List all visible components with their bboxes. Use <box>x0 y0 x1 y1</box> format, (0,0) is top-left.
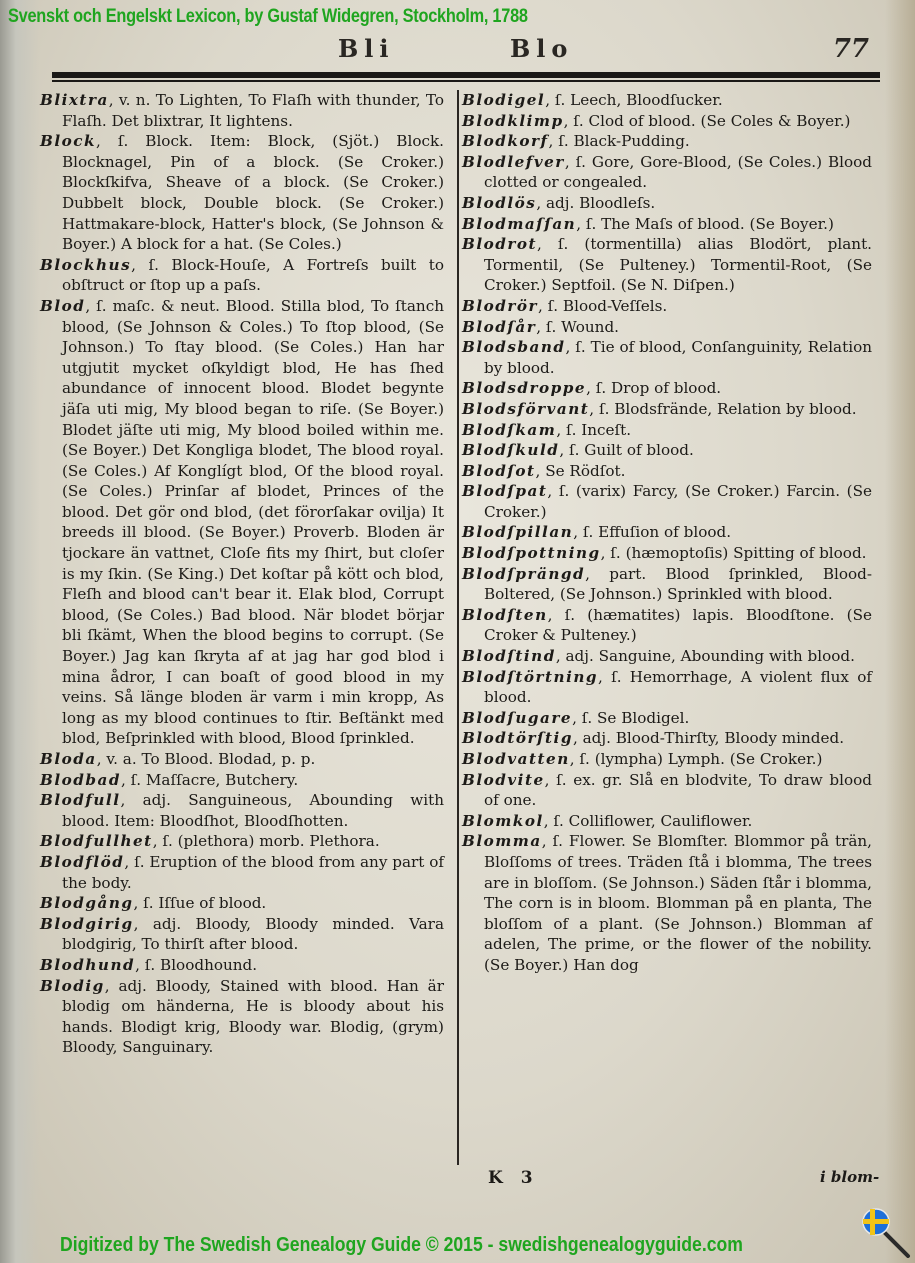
dictionary-entry: Blodſkam, ſ. Inceſt. <box>462 420 872 441</box>
headword: Blodſkam <box>462 421 556 439</box>
definition: , ſ. Se Blodigel. <box>572 709 689 727</box>
definition: , ſ. Wound. <box>536 318 619 336</box>
headword: Blomma <box>462 832 542 850</box>
definition: , ſ. The Maſs of blood. (Se Boyer.) <box>576 215 834 233</box>
dictionary-entry: Blodig, adj. Bloody, Stained with blood.… <box>40 976 444 1058</box>
headword: Block <box>40 132 96 150</box>
headword: Blodvite <box>462 771 545 789</box>
headword: Blixtra <box>40 91 109 109</box>
dictionary-entry: Blodhund, ſ. Bloodhound. <box>40 955 444 976</box>
dictionary-entry: Blodſår, ſ. Wound. <box>462 317 872 338</box>
dictionary-entry: Blodmaſſan, ſ. The Maſs of blood. (Se Bo… <box>462 214 872 235</box>
dictionary-entry: Blodrot, ſ. (tormentilla) alias Blodört,… <box>462 234 872 296</box>
dictionary-entry: Blodlös, adj. Bloodleſs. <box>462 193 872 214</box>
headword: Blodſugare <box>462 709 572 727</box>
dictionary-entry: Blodvatten, ſ. (lympha) Lymph. (Se Croke… <box>462 749 872 770</box>
headword: Blodklimp <box>462 112 564 130</box>
definition: , ſ. Bloodhound. <box>135 956 257 974</box>
headword: Blodſtörtning <box>462 668 598 686</box>
headword: Blockhus <box>40 256 131 274</box>
definition: , ſ. Leech, Bloodſucker. <box>545 91 722 109</box>
dictionary-entry: Blodſugare, ſ. Se Blodigel. <box>462 708 872 729</box>
definition: , ſ. Drop of blood. <box>586 379 721 397</box>
headword: Blodſprängd <box>462 565 585 583</box>
headword: Blodſtind <box>462 647 556 665</box>
dictionary-entry: Blomkol, ſ. Colliflower, Cauliflower. <box>462 811 872 832</box>
running-head-right: Blo <box>510 34 573 63</box>
definition: , adj. Sanguineous, Abounding with blood… <box>62 791 444 830</box>
page-edge-shadow <box>885 0 915 1263</box>
running-head-left: Bli <box>338 34 395 63</box>
dictionary-entry: Blodsband, ſ. Tie of blood, Conſanguinit… <box>462 337 872 378</box>
headword: Blodſot <box>462 462 536 480</box>
headword: Blodhund <box>40 956 135 974</box>
definition: , ſ. Block. Item: Block, (Sjöt.) Block. … <box>62 132 444 253</box>
left-column: Blixtra, v. n. To Lighten, To Flaſh with… <box>40 90 444 1058</box>
headword: Blodsband <box>462 338 566 356</box>
definition: , adj. Bloody, Stained with blood. Han ä… <box>62 977 444 1057</box>
headword: Blodrot <box>462 235 537 253</box>
page-gutter-shadow <box>0 0 40 1263</box>
catchword: i blom- <box>820 1168 879 1186</box>
dictionary-entry: Blockhus, ſ. Block-Houſe, A Fortreſs bui… <box>40 255 444 296</box>
headword: Blodfullhet <box>40 832 153 850</box>
headword: Blodtörſtig <box>462 729 573 747</box>
headword: Blodlefver <box>462 153 565 171</box>
headword: Blodsförvant <box>462 400 589 418</box>
definition: , ſ. Colliflower, Cauliflower. <box>544 812 753 830</box>
dictionary-entry: Blodſpillan, ſ. Effuſion of blood. <box>462 522 872 543</box>
dictionary-entry: Blodkorf, ſ. Black-Pudding. <box>462 131 872 152</box>
headword: Blomkol <box>462 812 544 830</box>
dictionary-entry: Blodsdroppe, ſ. Drop of blood. <box>462 378 872 399</box>
dictionary-entry: Bloda, v. a. To Blood. Blodad, p. p. <box>40 749 444 770</box>
header-rule <box>52 72 880 78</box>
dictionary-entry: Blodfull, adj. Sanguineous, Abounding wi… <box>40 790 444 831</box>
definition: , adj. Sanguine, Abounding with blood. <box>556 647 855 665</box>
dictionary-entry: Blodklimp, ſ. Clod of blood. (Se Coles &… <box>462 111 872 132</box>
right-column: Blodigel, ſ. Leech, Bloodſucker. Blodkli… <box>462 90 872 976</box>
dictionary-entry: Blodſpottning, ſ. (hæmoptoſis) Spitting … <box>462 543 872 564</box>
headword: Blodſpat <box>462 482 547 500</box>
definition: , ſ. Blodsfrände, Relation by blood. <box>589 400 856 418</box>
dictionary-entry: Blodgång, ſ. Iſſue of blood. <box>40 893 444 914</box>
definition: , ſ. Effuſion of blood. <box>573 523 731 541</box>
dictionary-entry: Block, ſ. Block. Item: Block, (Sjöt.) Bl… <box>40 131 444 255</box>
headword: Blodlös <box>462 194 536 212</box>
headword: Blodgirig <box>40 915 134 933</box>
definition: , ſ. Flower. Se Blomſter. Blommor på trä… <box>484 832 872 974</box>
column-divider <box>457 90 459 1165</box>
headword: Blodflöd <box>40 853 124 871</box>
definition: , adj. Blood-Thirſty, Bloody minded. <box>573 729 844 747</box>
headword: Bloda <box>40 750 97 768</box>
headword: Blodsdroppe <box>462 379 586 397</box>
definition: , ſ. Maſſacre, Butchery. <box>121 771 298 789</box>
headword: Blod <box>40 297 85 315</box>
dictionary-entry: Blodvite, ſ. ex. gr. Slå en blodvite, To… <box>462 770 872 811</box>
dictionary-entry: Blodlefver, ſ. Gore, Gore-Blood, (Se Col… <box>462 152 872 193</box>
headword: Blodſpottning <box>462 544 601 562</box>
definition: , adj. Bloodleſs. <box>536 194 655 212</box>
headword: Blodvatten <box>462 750 570 768</box>
headword: Blodrör <box>462 297 538 315</box>
book-title-watermark: Svenskt och Engelskt Lexicon, by Gustaf … <box>8 6 528 28</box>
definition: , ſ. (hæmoptoſis) Spitting of blood. <box>601 544 867 562</box>
headword: Blodſten <box>462 606 548 624</box>
headword: Blodig <box>40 977 105 995</box>
dictionary-entry: Blodigel, ſ. Leech, Bloodſucker. <box>462 90 872 111</box>
dictionary-entry: Blomma, ſ. Flower. Se Blomſter. Blommor … <box>462 831 872 975</box>
definition: , ſ. Iſſue of blood. <box>133 894 266 912</box>
definition: , v. n. To Lighten, To Flaſh with thunde… <box>62 91 444 130</box>
signature-mark: K 3 <box>488 1168 539 1188</box>
definition: , ſ. (tormentilla) alias Blodört, plant.… <box>484 235 872 294</box>
definition: , v. a. To Blood. Blodad, p. p. <box>97 750 316 768</box>
dictionary-entry: Blodſtind, adj. Sanguine, Abounding with… <box>462 646 872 667</box>
digitized-credit-link[interactable]: Digitized by The Swedish Genealogy Guide… <box>60 1234 743 1257</box>
headword: Blodigel <box>462 91 545 109</box>
headword: Blodſkuld <box>462 441 559 459</box>
definition: , Se Rödſot. <box>536 462 626 480</box>
dictionary-entry: Blodfullhet, ſ. (plethora) morb. Plethor… <box>40 831 444 852</box>
headword: Blodfull <box>40 791 120 809</box>
dictionary-entry: Blodſtörtning, ſ. Hemorrhage, A violent … <box>462 667 872 708</box>
headword: Blodkorf <box>462 132 549 150</box>
definition: , ſ. Inceſt. <box>556 421 631 439</box>
header-rule-thin <box>52 80 880 82</box>
definition: , ſ. Clod of blood. (Se Coles & Boyer.) <box>564 112 851 130</box>
dictionary-entry: Blodrör, ſ. Blood-Veſſels. <box>462 296 872 317</box>
definition: , ſ. Guilt of blood. <box>559 441 694 459</box>
headword: Blodbad <box>40 771 121 789</box>
page-number: 77 <box>833 34 869 64</box>
headword: Blodmaſſan <box>462 215 576 233</box>
dictionary-entry: Blixtra, v. n. To Lighten, To Flaſh with… <box>40 90 444 131</box>
definition: , ſ. maſc. & neut. Blood. Stilla blod, T… <box>62 297 444 747</box>
dictionary-entry: Blod, ſ. maſc. & neut. Blood. Stilla blo… <box>40 296 444 749</box>
headword: Blodſår <box>462 318 536 336</box>
definition: , ſ. Blood-Veſſels. <box>538 297 667 315</box>
dictionary-entry: Blodbad, ſ. Maſſacre, Butchery. <box>40 770 444 791</box>
swedish-flag-magnifier-icon <box>860 1206 912 1258</box>
dictionary-entry: Blodſot, Se Rödſot. <box>462 461 872 482</box>
headword: Blodgång <box>40 894 133 912</box>
definition: , ſ. Black-Pudding. <box>549 132 690 150</box>
dictionary-entry: Blodgirig, adj. Bloody, Bloody minded. V… <box>40 914 444 955</box>
definition: , ſ. (plethora) morb. Plethora. <box>153 832 380 850</box>
dictionary-entry: Blodsförvant, ſ. Blodsfrände, Relation b… <box>462 399 872 420</box>
dictionary-entry: Blodtörſtig, adj. Blood-Thirſty, Bloody … <box>462 728 872 749</box>
dictionary-entry: Blodſpat, ſ. (varix) Farcy, (Se Croker.)… <box>462 481 872 522</box>
dictionary-entry: Blodflöd, ſ. Eruption of the blood from … <box>40 852 444 893</box>
dictionary-entry: Blodſkuld, ſ. Guilt of blood. <box>462 440 872 461</box>
definition: , ſ. (lympha) Lymph. (Se Croker.) <box>570 750 823 768</box>
dictionary-entry: Blodſprängd, part. Blood ſprinkled, Bloo… <box>462 564 872 605</box>
dictionary-entry: Blodſten, ſ. (hæmatites) lapis. Bloodſto… <box>462 605 872 646</box>
headword: Blodſpillan <box>462 523 573 541</box>
